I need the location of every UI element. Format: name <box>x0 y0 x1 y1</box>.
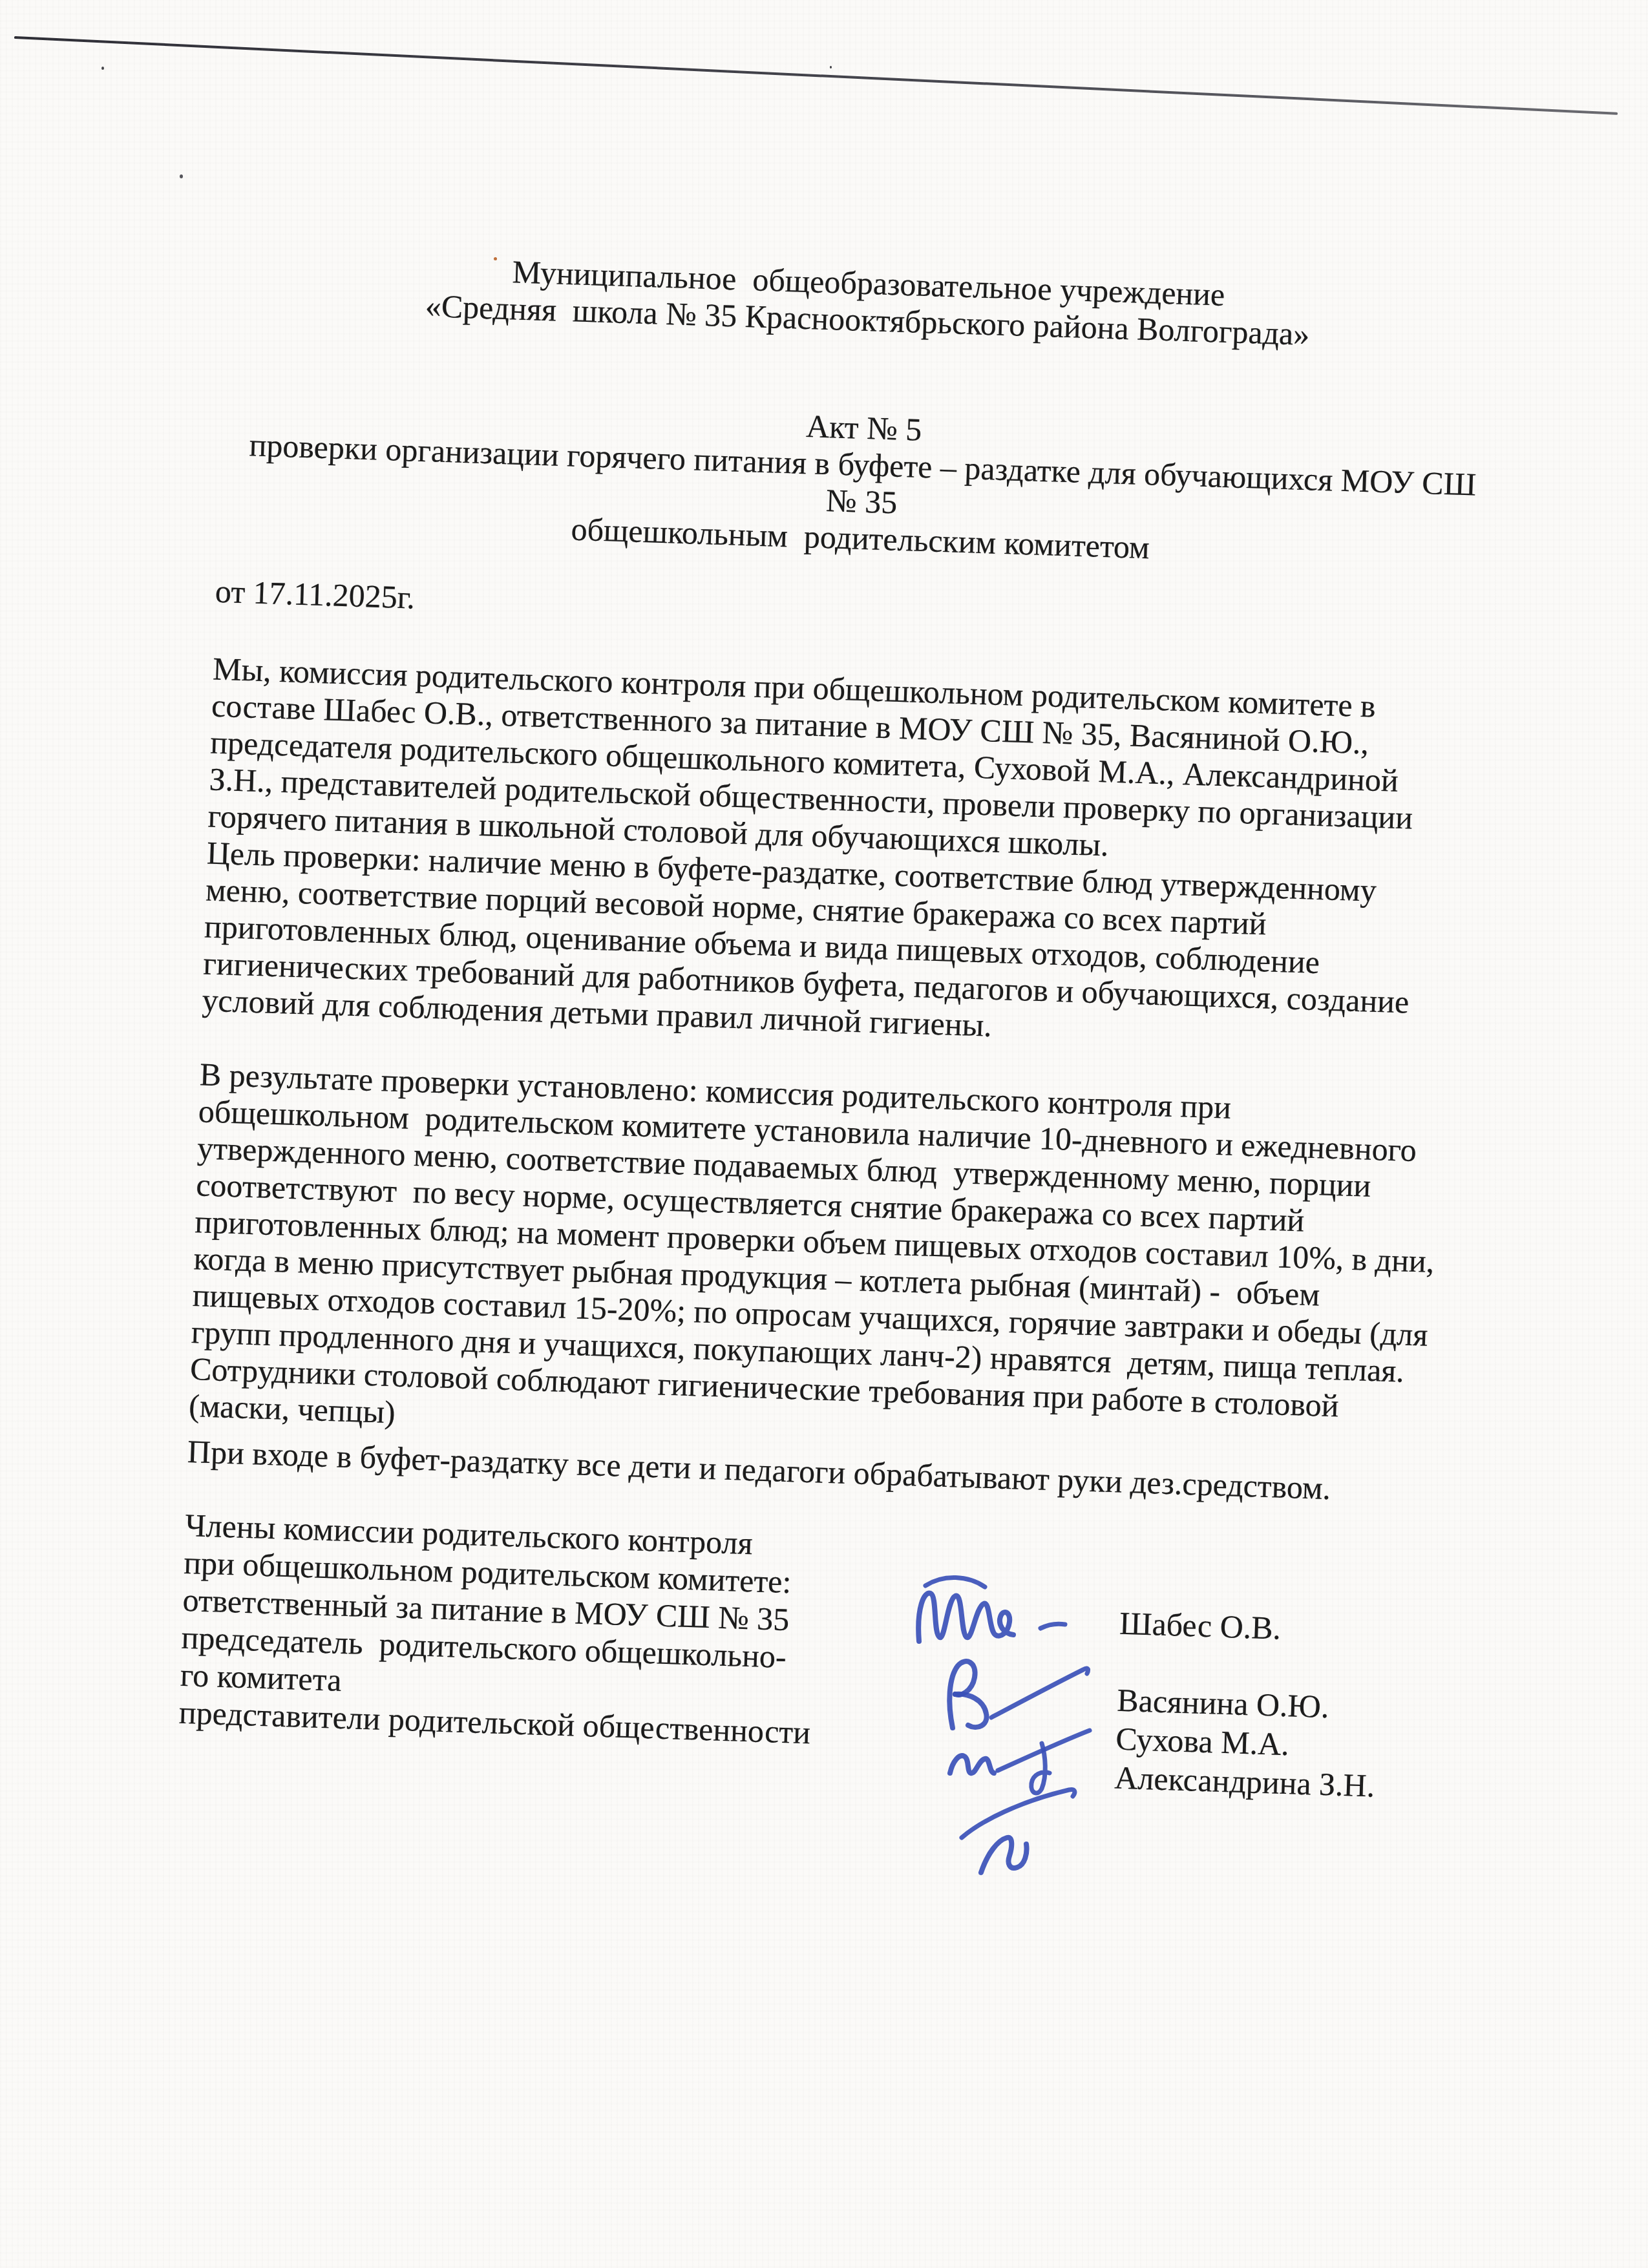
scan-edge-artifact <box>14 36 1618 115</box>
signer-name: Васянина О.Ю. <box>1117 1682 1330 1726</box>
signer-name: Александрина З.Н. <box>1114 1759 1375 1805</box>
scanned-document-page: Муниципальное общеобразовательное учрежд… <box>0 0 1648 2268</box>
date-line: от 17.11.2025г. <box>215 573 1501 651</box>
scan-speck <box>180 174 183 178</box>
document-content: Муниципальное общеобразовательное учрежд… <box>178 213 1513 1772</box>
signature-shabes <box>903 1569 1091 1659</box>
signer-name: Шабес О.В. <box>1119 1605 1282 1647</box>
scan-speck <box>830 66 832 68</box>
document-header: Муниципальное общеобразовательное учрежд… <box>224 244 1512 359</box>
document-title: Акт № 5 проверки организации горячего пи… <box>217 389 1507 578</box>
scan-speck <box>101 67 104 70</box>
paragraph-commission: Мы, комиссия родительского контроля при … <box>202 651 1499 1060</box>
signature-aleksandrina <box>942 1776 1091 1885</box>
signer-name: Сухова М.А. <box>1115 1721 1290 1763</box>
paragraph-results: В результате проверки установлено: комис… <box>188 1056 1485 1465</box>
